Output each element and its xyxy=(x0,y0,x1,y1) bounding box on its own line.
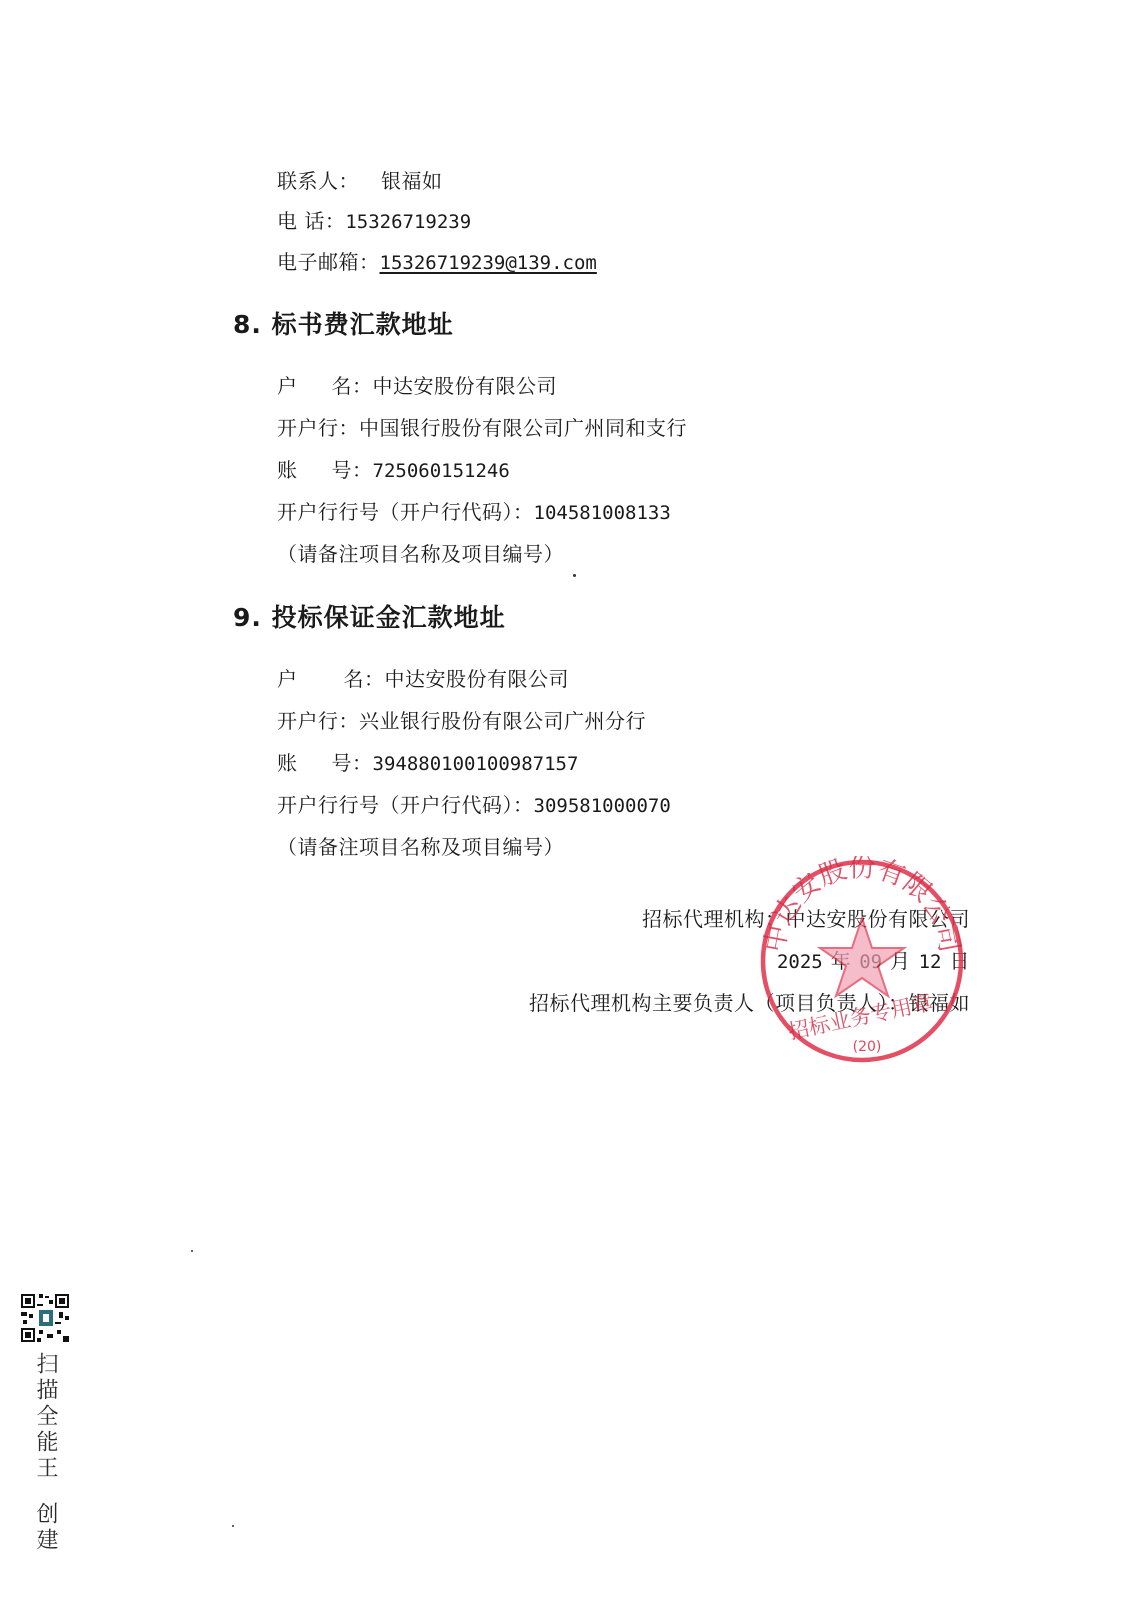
agency-row: 招标代理机构：中达安股份有限公司 xyxy=(642,906,970,932)
section9-bank-code-row: 开户行行号（开户行代码）：309581000070 xyxy=(277,792,671,819)
section8-account-no-label-b: 号： xyxy=(332,458,373,482)
contact-email-row: 电子邮箱：15326719239@139.com xyxy=(277,249,597,276)
contact-phone-value: 15326719239 xyxy=(345,211,471,233)
contact-phone-row: 电 话：15326719239 xyxy=(277,208,471,235)
section8-bank-row: 开户行：中国银行股份有限公司广州同和支行 xyxy=(277,415,687,441)
contact-phone-label: 电 话： xyxy=(277,209,345,233)
section9-bank-label: 开户行： xyxy=(277,709,359,733)
section8-bank-value: 中国银行股份有限公司广州同和支行 xyxy=(359,416,687,440)
principal-value: 银福如 xyxy=(909,991,971,1015)
agency-label: 招标代理机构： xyxy=(642,907,786,931)
section8-note: （请备注项目名称及项目编号） xyxy=(277,541,564,567)
contact-email-link[interactable]: 15326719239@139.com xyxy=(380,252,597,274)
watermark-text-a: 扫描全能王 xyxy=(33,1352,58,1482)
date-row: 2025年09月12日 xyxy=(777,948,970,975)
contact-person-label: 联系人： xyxy=(277,169,359,193)
date-month: 09 xyxy=(859,951,882,973)
section9-bank-code-label: 开户行行号（开户行代码）： xyxy=(277,793,534,817)
section9-heading: 9. 投标保证金汇款地址 xyxy=(233,602,506,634)
section8-heading: 8. 标书费汇款地址 xyxy=(233,309,454,341)
scan-speck xyxy=(573,574,576,577)
section8-account-name-value: 中达安股份有限公司 xyxy=(373,374,558,398)
document-page: 联系人：银福如 电 话：15326719239 电子邮箱：15326719239… xyxy=(0,0,1130,1600)
section8-account-name-label-a: 户 xyxy=(277,374,298,398)
section9-account-name-value: 中达安股份有限公司 xyxy=(385,667,570,691)
contact-person-value: 银福如 xyxy=(381,169,443,193)
section8-bank-label: 开户行： xyxy=(277,416,359,440)
section9-account-name-label-b: 名： xyxy=(344,667,385,691)
section9-account-name-row: 户名：中达安股份有限公司 xyxy=(277,666,569,692)
date-day: 12 xyxy=(919,951,942,973)
date-year: 2025 xyxy=(777,951,823,973)
section9-account-no-label-b: 号： xyxy=(332,751,373,775)
section9-bank-value: 兴业银行股份有限公司广州分行 xyxy=(359,709,646,733)
section9-bank-code-value: 309581000070 xyxy=(534,795,671,817)
section9-account-no-label-a: 账 xyxy=(277,751,298,775)
contact-email-label: 电子邮箱： xyxy=(277,250,380,274)
principal-row: 招标代理机构主要负责人（项目负责人）：银福如 xyxy=(529,990,970,1016)
principal-label: 招标代理机构主要负责人（项目负责人）： xyxy=(529,991,909,1015)
section8-account-name-row: 户名：中达安股份有限公司 xyxy=(277,373,557,399)
section9-account-name-label-a: 户 xyxy=(277,667,298,691)
section8-account-name-label-b: 名： xyxy=(332,374,373,398)
section8-account-no-row: 账号：725060151246 xyxy=(277,457,510,484)
qr-code-icon xyxy=(19,1292,71,1344)
section8-account-no-label-a: 账 xyxy=(277,458,298,482)
section8-bank-code-label: 开户行行号（开户行代码）： xyxy=(277,500,534,524)
section8-account-no-value: 725060151246 xyxy=(373,460,510,482)
watermark-text-b: 创建 xyxy=(33,1502,58,1554)
scan-speck xyxy=(191,1250,193,1252)
section9-bank-row: 开户行：兴业银行股份有限公司广州分行 xyxy=(277,708,646,734)
section9-note: （请备注项目名称及项目编号） xyxy=(277,834,564,860)
date-month-unit: 月 xyxy=(890,949,911,973)
agency-value: 中达安股份有限公司 xyxy=(786,907,971,931)
scan-speck xyxy=(232,1525,234,1527)
scanner-watermark: 扫描全能王创建 xyxy=(30,1352,61,1554)
contact-person-row: 联系人：银福如 xyxy=(277,168,443,194)
section8-bank-code-value: 104581008133 xyxy=(534,502,671,524)
section9-account-no-row: 账号：394880100100987157 xyxy=(277,750,578,777)
date-year-unit: 年 xyxy=(831,949,852,973)
stamp-number: (20) xyxy=(853,1039,882,1055)
section8-bank-code-row: 开户行行号（开户行代码）：104581008133 xyxy=(277,499,671,526)
section9-account-no-value: 394880100100987157 xyxy=(373,753,579,775)
date-day-unit: 日 xyxy=(950,949,971,973)
